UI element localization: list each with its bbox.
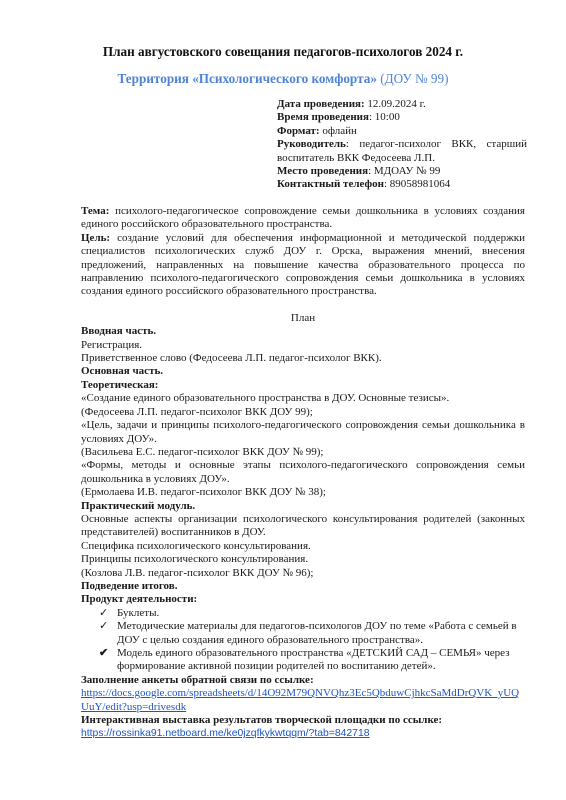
- subtitle-territory: Территория «Психологического комфорта»: [118, 71, 377, 86]
- info-time: Время проведения: 10:00: [277, 111, 527, 124]
- practical-item: Принципы психологического консультирован…: [81, 553, 525, 566]
- info-venue-value: : МДОАУ № 99: [368, 165, 440, 177]
- info-date: Дата проведения: 12.09.2024 г.: [277, 98, 527, 111]
- info-date-value: 12.09.2024 г.: [365, 98, 426, 110]
- theoretical-item: «Создание единого образовательного прост…: [81, 392, 525, 405]
- info-venue: Место проведения: МДОАУ № 99: [277, 165, 527, 178]
- product-item-text: Буклеты.: [117, 607, 159, 619]
- theme-label: Тема:: [81, 205, 109, 217]
- info-time-value: : 10:00: [369, 111, 400, 123]
- document-body: Тема: психолого-педагогическое сопровожд…: [81, 205, 525, 741]
- product-item-text: Методические материалы для педагогов-пси…: [117, 620, 517, 645]
- product-list: ✓Буклеты. ✓Методические материалы для пе…: [81, 607, 525, 674]
- theoretical-item: «Формы, методы и основные этапы психолог…: [81, 459, 525, 486]
- product-item: ✓Буклеты.: [117, 607, 525, 620]
- intro-heading: Вводная часть.: [81, 325, 525, 338]
- info-phone-label: Контактный телефон: [277, 178, 384, 190]
- goal-label: Цель:: [81, 232, 110, 244]
- theme-text: психолого-педагогическое сопровождение с…: [81, 205, 525, 230]
- exhibition-heading: Интерактивная выставка результатов творч…: [81, 714, 525, 727]
- practical-item: Специфика психологического консультирова…: [81, 540, 525, 553]
- goal-paragraph: Цель: создание условий для обеспечения и…: [81, 232, 525, 299]
- checkmark-icon: ✓: [99, 607, 108, 620]
- info-format-label: Формат:: [277, 125, 320, 137]
- practical-heading: Практический модуль.: [81, 500, 525, 513]
- feedback-form-link[interactable]: https://docs.google.com/spreadsheets/d/1…: [81, 687, 519, 712]
- info-leader-label: Руководитель: [277, 138, 346, 150]
- practical-speaker: (Козлова Л.В. педагог-психолог ВКК ДОУ №…: [81, 567, 525, 580]
- info-venue-label: Место проведения: [277, 165, 368, 177]
- product-item: ✓Методические материалы для педагогов-пс…: [117, 620, 525, 647]
- theoretical-speaker: (Федосеева Л.П. педагог-психолог ВКК ДОУ…: [81, 406, 525, 419]
- main-part-heading: Основная часть.: [81, 365, 525, 378]
- product-item-text: Модель единого образовательного простран…: [117, 647, 510, 672]
- theoretical-speaker: (Васильева Е.С. педагог-психолог ВКК ДОУ…: [81, 446, 525, 459]
- feedback-heading: Заполнение анкеты обратной связи по ссыл…: [81, 674, 525, 687]
- theoretical-heading: Теоретическая:: [81, 379, 525, 392]
- product-item: ✔Модель единого образовательного простра…: [117, 647, 525, 674]
- info-phone-value: : 89058981064: [384, 178, 450, 190]
- checkmark-icon: ✓: [99, 620, 108, 633]
- info-leader: Руководитель: педагог-психолог ВКК, стар…: [277, 138, 527, 165]
- heavy-checkmark-icon: ✔: [99, 647, 108, 660]
- intro-item: Регистрация.: [81, 339, 525, 352]
- subtitle-dou: (ДОУ № 99): [377, 71, 449, 86]
- intro-item: Приветственное слово (Федосеева Л.П. пед…: [81, 352, 525, 365]
- info-format: Формат: офлайн: [277, 125, 527, 138]
- summary-heading: Подведение итогов.: [81, 580, 525, 593]
- exhibition-link[interactable]: https://rossinka91.netboard.me/ke0jzqfky…: [81, 728, 370, 739]
- theme-paragraph: Тема: психолого-педагогическое сопровожд…: [81, 205, 525, 232]
- info-time-label: Время проведения: [277, 111, 369, 123]
- feedback-link-line: https://docs.google.com/spreadsheets/d/1…: [81, 687, 525, 714]
- plan-heading: План: [81, 312, 525, 325]
- document-title: План августовского совещания педагогов-п…: [0, 44, 566, 60]
- info-phone: Контактный телефон: 89058981064: [277, 178, 527, 191]
- info-format-value: офлайн: [320, 125, 357, 137]
- goal-text: создание условий для обеспечения информа…: [81, 232, 525, 298]
- info-date-label: Дата проведения:: [277, 98, 365, 110]
- product-heading: Продукт деятельности:: [81, 593, 525, 606]
- document-page: План августовского совещания педагогов-п…: [0, 0, 566, 800]
- practical-item: Основные аспекты организации психологиче…: [81, 513, 525, 540]
- exhibition-link-line: https://rossinka91.netboard.me/ke0jzqfky…: [81, 727, 525, 740]
- meeting-info: Дата проведения: 12.09.2024 г. Время про…: [277, 98, 527, 192]
- theoretical-item: «Цель, задачи и принципы психолого-педаг…: [81, 419, 525, 446]
- theoretical-speaker: (Ермолаева И.В. педагог-психолог ВКК ДОУ…: [81, 486, 525, 499]
- document-subtitle: Территория «Психологического комфорта» (…: [0, 71, 566, 87]
